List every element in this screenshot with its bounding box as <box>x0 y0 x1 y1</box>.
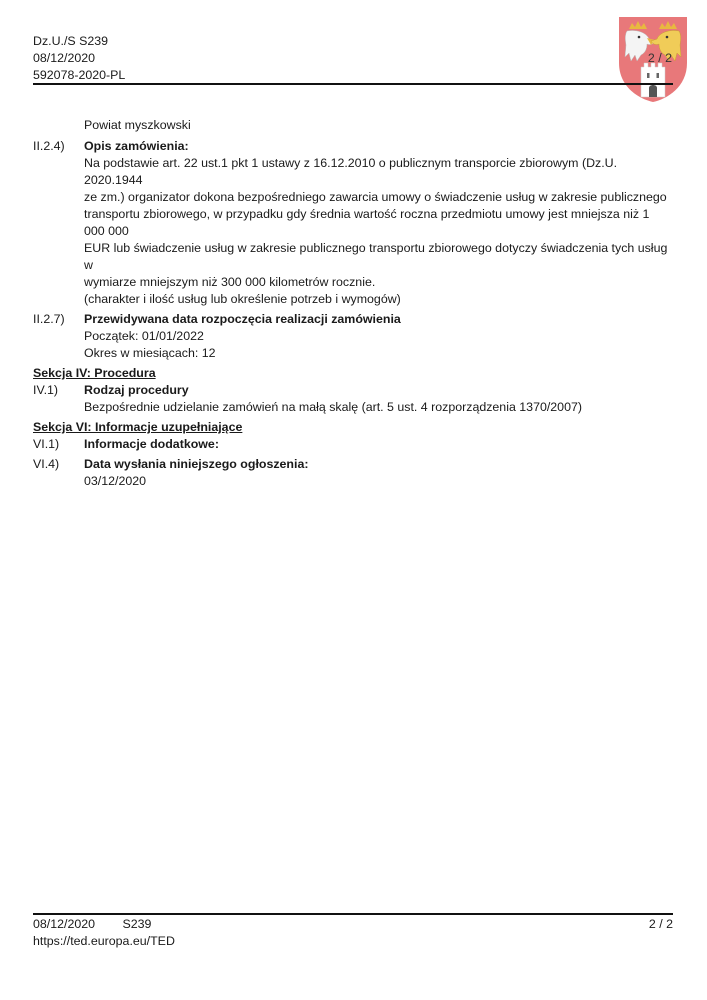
section-iv-1: IV.1) Rodzaj procedury Bezpośrednie udzi… <box>33 382 673 416</box>
item-number: VI.4) <box>33 456 84 490</box>
item-number: II.2.4) <box>33 138 84 308</box>
item-title: Data wysłania niniejszego ogłoszenia: <box>84 456 673 473</box>
procedure-type: Bezpośrednie udzielanie zamówień na małą… <box>84 399 673 416</box>
notice-id: 592078-2020-PL <box>33 67 125 84</box>
description-line: (charakter i ilość usług lub określenie … <box>84 291 673 308</box>
document-footer: 08/12/2020 S239 https://ted.europa.eu/TE… <box>33 916 673 950</box>
item-title: Przewidywana data rozpoczęcia realizacji… <box>84 311 673 328</box>
contracting-authority-line: Powiat myszkowski <box>33 117 673 134</box>
header-divider <box>33 83 673 85</box>
item-title: Informacje dodatkowe: <box>84 436 673 453</box>
footer-divider <box>33 913 673 915</box>
section-ii-2-4: II.2.4) Opis zamówienia: Na podstawie ar… <box>33 138 673 308</box>
section-vi-1: VI.1) Informacje dodatkowe: <box>33 436 673 453</box>
section-iv-heading: Sekcja IV: Procedura <box>33 365 673 382</box>
description-line: Na podstawie art. 22 ust.1 pkt 1 ustawy … <box>84 155 673 189</box>
journal-reference: Dz.U./S S239 <box>33 33 125 50</box>
section-vi-4: VI.4) Data wysłania niniejszego ogłoszen… <box>33 456 673 490</box>
duration-months: Okres w miesiącach: 12 <box>84 345 673 362</box>
item-number: II.2.7) <box>33 311 84 362</box>
description-line: wymiarze mniejszym niż 300 000 kilometró… <box>84 274 673 291</box>
item-title: Opis zamówienia: <box>84 138 673 155</box>
footer-url[interactable]: https://ted.europa.eu/TED <box>33 933 673 950</box>
description-line: ze zm.) organizator dokona bezpośrednieg… <box>84 189 673 206</box>
page-number-overlay: 2 / 2 <box>648 50 672 67</box>
document-body: Powiat myszkowski II.2.4) Opis zamówieni… <box>33 117 673 493</box>
footer-page-number: 2 / 2 <box>649 916 673 933</box>
footer-date: 08/12/2020 <box>33 917 95 931</box>
description-line: transportu zbiorowego, w przypadku gdy ś… <box>84 206 673 240</box>
footer-series: S239 <box>122 916 151 933</box>
section-vi-heading: Sekcja VI: Informacje uzupełniające <box>33 419 673 436</box>
publication-date: 08/12/2020 <box>33 50 125 67</box>
dispatch-date: 03/12/2020 <box>84 473 673 490</box>
section-ii-2-7: II.2.7) Przewidywana data rozpoczęcia re… <box>33 311 673 362</box>
item-number: IV.1) <box>33 382 84 416</box>
item-title: Rodzaj procedury <box>84 382 673 399</box>
item-number: VI.1) <box>33 436 84 453</box>
description-line: EUR lub świadczenie usług w zakresie pub… <box>84 240 673 274</box>
start-date: Początek: 01/01/2022 <box>84 328 673 345</box>
document-header: Dz.U./S S239 08/12/2020 592078-2020-PL <box>33 33 125 84</box>
